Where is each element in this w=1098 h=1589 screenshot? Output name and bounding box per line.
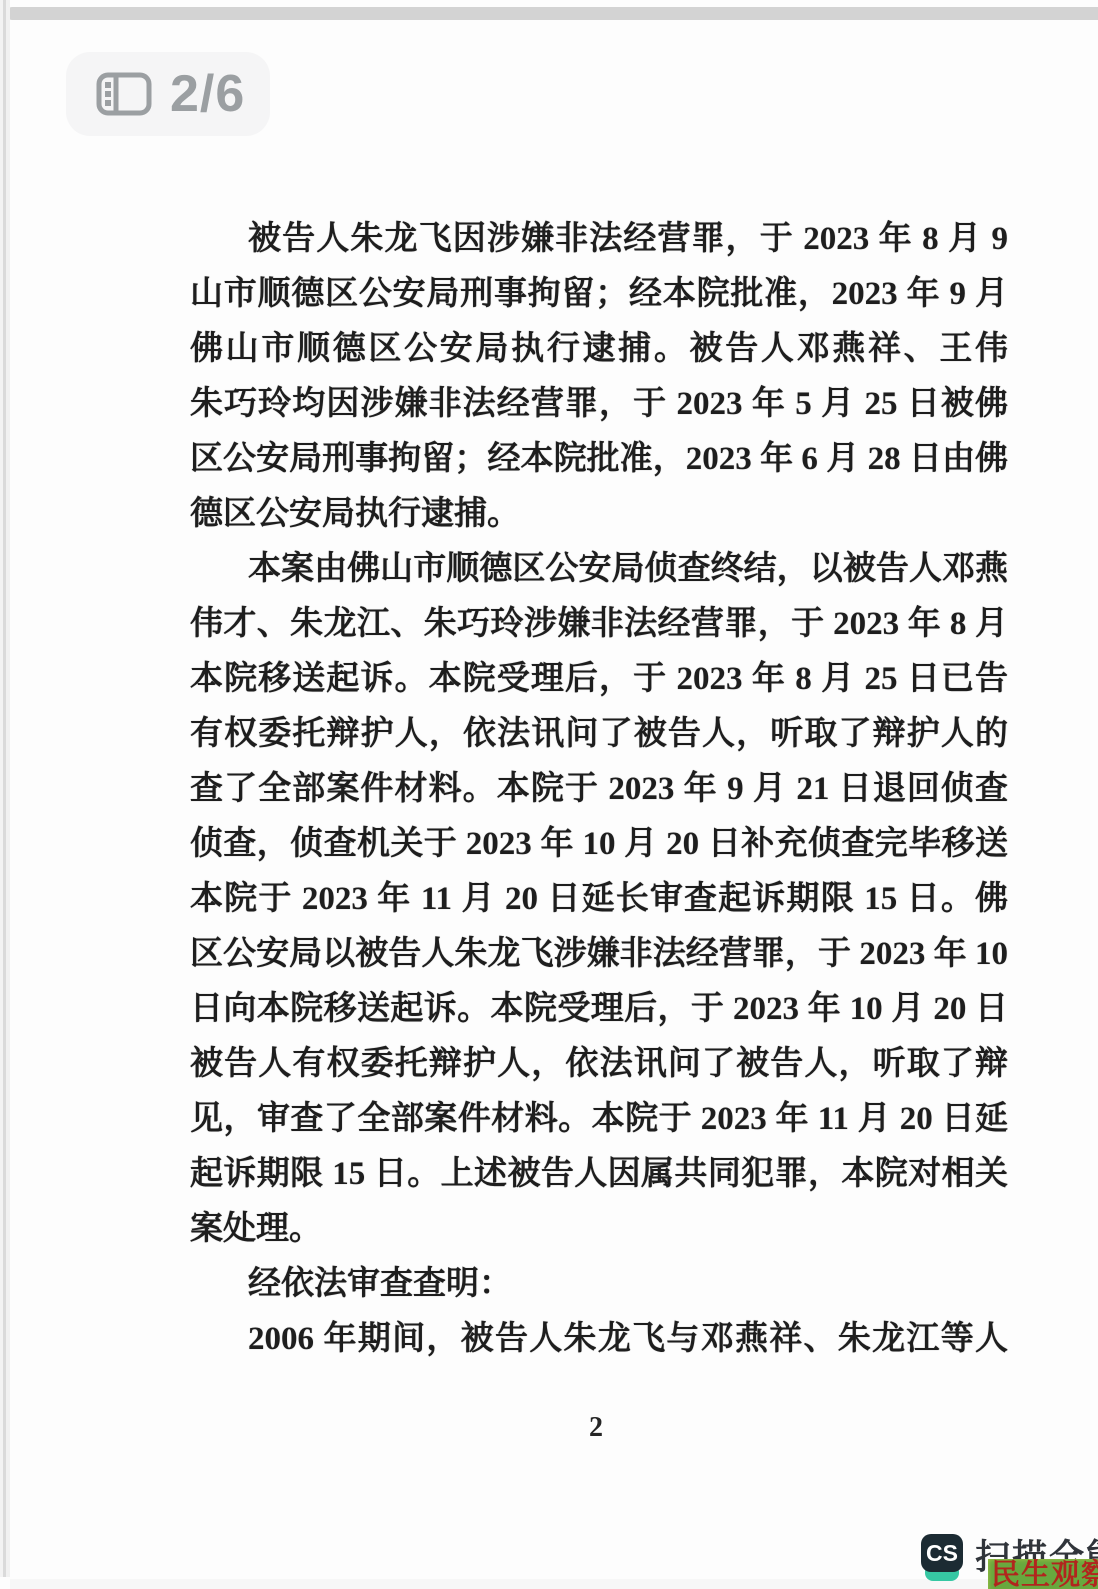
document-line: 被告人朱龙飞因涉嫌非法经营罪，于 2023 年 8 月 9 日被佛 [190, 212, 1008, 267]
document-line: 本院移送起诉。本院受理后，于 2023 年 8 月 25 日已告知被告人 [190, 652, 1008, 707]
document-line: 被告人有权委托辩护人，依法讯问了被告人，听取了辩护人的意 [190, 1037, 1008, 1092]
document-line: 侦查，侦查机关于 2023 年 10 月 20 日补充侦查完毕移送起诉。 [190, 817, 1008, 872]
camscanner-logo-icon: CS [921, 1534, 963, 1584]
page-thumbnails-icon [96, 72, 152, 116]
document-line: 朱巧玲均因涉嫌非法经营罪，于 2023 年 5 月 25 日被佛山市顺德 [190, 377, 1008, 432]
document-line: 本案由佛山市顺德区公安局侦查终结，以被告人邓燕祥、王 [190, 542, 1008, 597]
page-number: 2 [96, 1412, 1096, 1444]
page-left-edge [0, 0, 10, 1577]
document-line: 案处理。 [190, 1202, 1008, 1257]
minsheng-guancha-stamp: 民生观察 [988, 1559, 1098, 1589]
camscanner-logo-cs: CS [921, 1534, 963, 1572]
document-line: 见，审查了全部案件材料。本院于 2023 年 11 月 20 日延长审查 [190, 1092, 1008, 1147]
document-line: 区公安局以被告人朱龙飞涉嫌非法经营罪，于 2023 年 10 月 20 [190, 927, 1008, 982]
page-indicator[interactable]: 2/6 [66, 52, 270, 136]
document-line: 2006 年期间，被告人朱龙飞与邓燕祥、朱龙江等人一起共 [190, 1312, 1008, 1367]
document-line: 伟才、朱龙江、朱巧玲涉嫌非法经营罪，于 2023 年 8 月 25 日向 [190, 597, 1008, 652]
page-gap-divider [8, 7, 1098, 20]
page-indicator-label: 2/6 [170, 64, 245, 124]
document-line: 本院于 2023 年 11 月 20 日延长审查起诉期限 15 日。佛山市顺德 [190, 872, 1008, 927]
document-line: 日向本院移送起诉。本院受理后，于 2023 年 10 月 20 日已告知 [190, 982, 1008, 1037]
document-line: 区公安局刑事拘留；经本院批准，2023 年 6 月 28 日由佛山市顺 [190, 432, 1008, 487]
document-line: 查了全部案件材料。本院于 2023 年 9 月 21 日退回侦查机关补充 [190, 762, 1008, 817]
document-viewer: 2/6 被告人朱龙飞因涉嫌非法经营罪，于 2023 年 8 月 9 日被佛山市顺… [0, 0, 1098, 1589]
document-line: 佛山市顺德区公安局执行逮捕。被告人邓燕祥、王伟才、朱龙江、 [190, 322, 1008, 377]
document-line: 有权委托辩护人，依法讯问了被告人，听取了辩护人的意见，审 [190, 707, 1008, 762]
document-line: 经依法审查查明： [190, 1257, 1008, 1312]
document-line: 山市顺德区公安局刑事拘留；经本院批准，2023 年 9 月 14 日由 [190, 267, 1008, 322]
document-line: 德区公安局执行逮捕。 [190, 487, 1008, 542]
document-line: 起诉期限 15 日。上述被告人因属共同犯罪，本院对相关案件并 [190, 1147, 1008, 1202]
document-text: 被告人朱龙飞因涉嫌非法经营罪，于 2023 年 8 月 9 日被佛山市顺德区公安… [190, 212, 1008, 1367]
